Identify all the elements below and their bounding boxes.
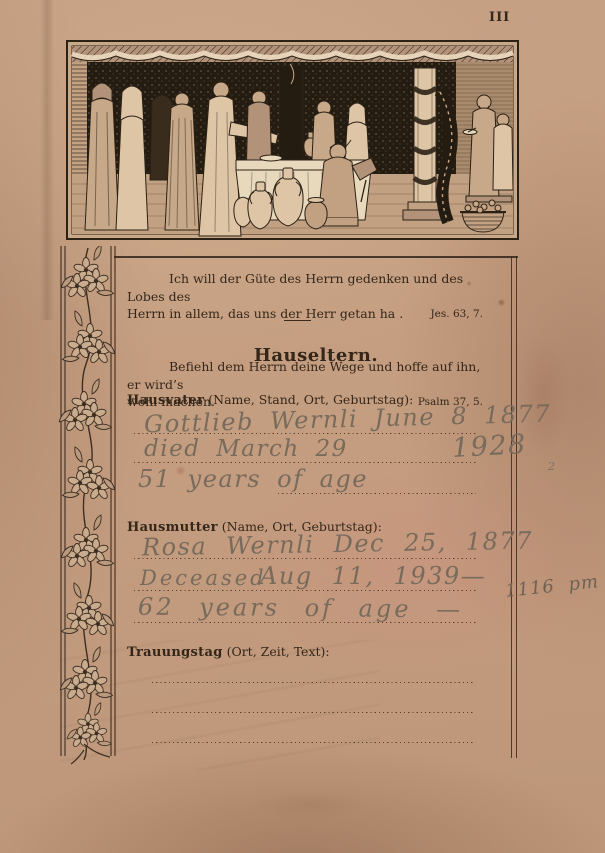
trauungstag-blank-line-3 <box>152 742 474 743</box>
handwritten-entry: Rosa Wernli Dec 25, 1877 <box>142 527 533 562</box>
binding-crease <box>40 0 54 320</box>
paper-blemish <box>250 790 370 820</box>
quote-line: Befiehl dem Herrn deine Wege und hoffe a… <box>127 358 489 393</box>
handwritten-entry: died March 29 <box>144 436 348 462</box>
hausvater-entry-line-1: Gottlieb Wernli June 8 1877 <box>134 404 476 434</box>
content-top-rule <box>114 256 518 258</box>
scripture-quote-top: Ich will der Güte des Herrn gedenken und… <box>127 270 489 323</box>
trauungstag-label: Trauungstag (Ort, Zeit, Text): <box>127 644 330 660</box>
handwritten-entry: Aug 11, 1939— <box>260 562 486 590</box>
wedding-at-cana-engraving <box>66 40 519 240</box>
trauungstag-blank-line-2 <box>152 712 474 713</box>
scanned-book-page: III <box>0 0 605 853</box>
engraving-illustration <box>66 40 519 240</box>
hausvater-entry-line-3: 51 years of age <box>134 464 476 494</box>
handwritten-entry: 51 years of age <box>138 465 368 493</box>
hausmutter-entry-line-2: Deceased Aug 11, 1939— <box>134 561 476 591</box>
content-right-rule <box>511 256 517 758</box>
book-page-paper: III <box>0 0 605 853</box>
paper-shadow: III <box>0 0 605 853</box>
page-number: III <box>489 10 510 25</box>
margin-time-note: 1116 pm <box>504 571 600 602</box>
hausvater-entry-line-2: died March 29 1928 <box>134 435 476 463</box>
ink-stain <box>497 299 506 306</box>
quote-line: Ich will der Güte des Herrn gedenken und… <box>127 270 489 305</box>
scripture-reference: Jes. 63, 7. <box>430 305 483 322</box>
trauungstag-blank-line-1 <box>152 682 474 683</box>
handwritten-entry: 1928 <box>451 429 527 464</box>
hausmutter-entry-line-1: Rosa Wernli Dec 25, 1877 <box>134 530 476 559</box>
handwritten-entry: 62 years of age — <box>138 593 463 624</box>
handwritten-entry: Deceased <box>140 566 267 590</box>
floral-border <box>54 246 120 766</box>
section-divider <box>284 320 311 321</box>
hausmutter-entry-line-3: 62 years of age — <box>134 592 476 623</box>
pencil-mark: 2 <box>548 460 557 473</box>
